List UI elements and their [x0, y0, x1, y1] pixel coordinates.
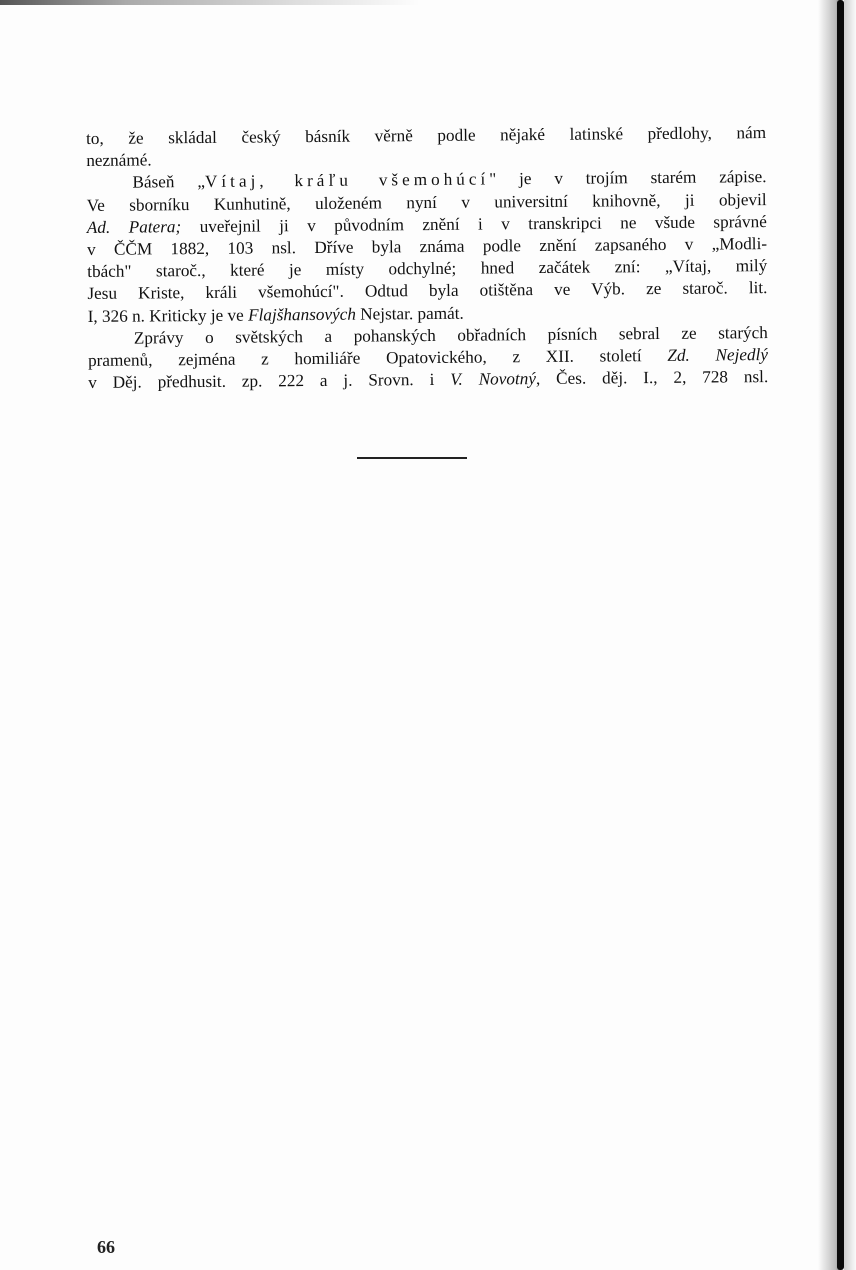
- page-number: 66: [97, 1237, 115, 1258]
- poem-title-spaced: Vítaj, kráľu všemohúcí: [205, 170, 489, 191]
- text-line: v Děj. předhusit. zp. 222 a j. Srovn. i …: [88, 366, 768, 394]
- text-span: v Děj. předhusit. zp. 222 a j. Srovn. i: [88, 370, 450, 392]
- text-span: Nejstar. památ.: [356, 303, 464, 323]
- scan-edge-shadow: [0, 0, 420, 5]
- author-name-italic: V. Novotný: [450, 369, 536, 389]
- body-text: to, že skládal český básník věrně podle …: [86, 122, 768, 394]
- book-spine-gutter: [796, 0, 856, 1270]
- text-span: pramenů, zejména z homiliáře Opatovickéh…: [88, 346, 667, 370]
- section-separator-rule: [357, 457, 467, 459]
- gutter-glare: [844, 0, 856, 1270]
- text-span: " je v trojím starém zápise.: [489, 167, 766, 188]
- text-span: I, 326 n. Kriticky je ve: [88, 305, 249, 325]
- author-name-italic: Flajšhansových: [248, 304, 356, 324]
- text-span: uveřejnil ji v původním znění i v transk…: [181, 212, 767, 236]
- author-name-italic: Ad. Patera;: [87, 217, 182, 237]
- text-span: Báseň „: [132, 172, 205, 192]
- text-span: , Čes. děj. I., 2, 728 nsl.: [536, 367, 768, 388]
- author-name-italic: Zd. Nejedlý: [667, 345, 768, 365]
- gutter-line: [837, 0, 844, 1270]
